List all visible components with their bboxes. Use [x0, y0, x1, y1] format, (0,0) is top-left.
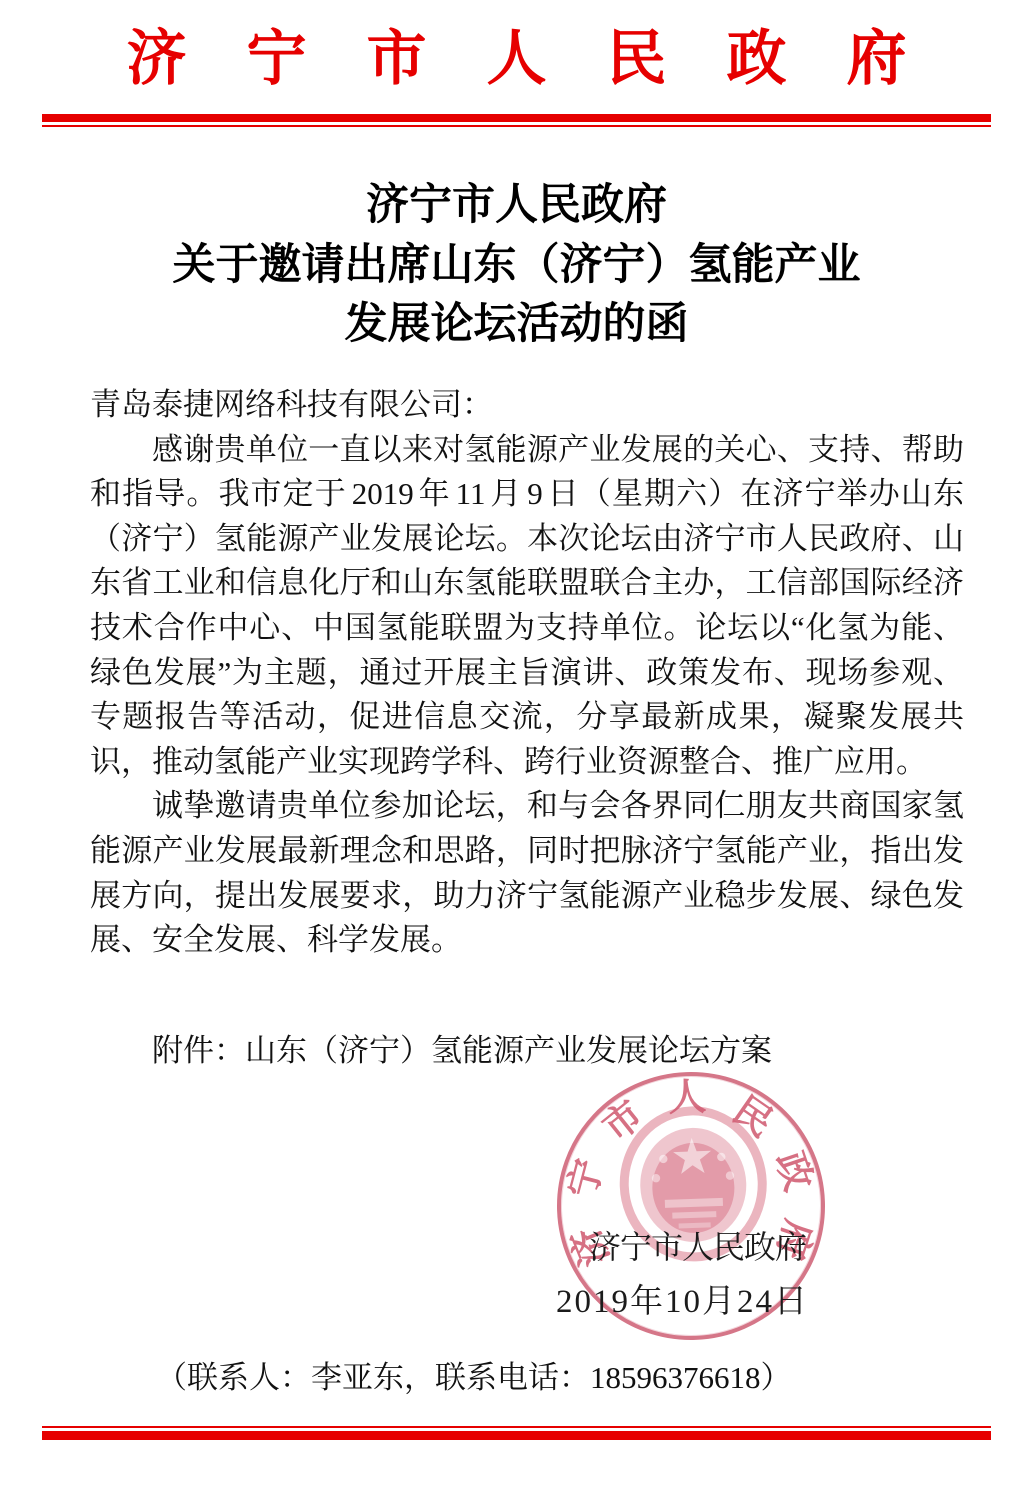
footer-rule-thin	[42, 1426, 991, 1428]
masthead-rule-thin	[42, 125, 991, 127]
masthead-title: 济宁市人民政府	[0, 26, 1033, 93]
seal-signer-text: 济宁市人民政府	[589, 1228, 806, 1266]
attachment-line: 附件：山东（济宁）氢能源产业发展论坛方案	[90, 1029, 964, 1074]
masthead-rule-thick	[42, 114, 991, 122]
paragraph-1: 感谢贵单位一直以来对氢能源产业发展的关心、支持、帮助和指导。我市定于 2019 …	[90, 428, 964, 785]
recipient-line: 青岛泰捷网络科技有限公司：	[90, 383, 964, 428]
title-line-1: 济宁市人民政府	[0, 176, 1033, 236]
letter-title: 济宁市人民政府 关于邀请出席山东（济宁）氢能产业 发展论坛活动的函	[0, 176, 1033, 355]
contact-line: （联系人：李亚东，联系电话：18596376618）	[156, 1358, 792, 1398]
title-line-2: 关于邀请出席山东（济宁）氢能产业	[0, 236, 1033, 296]
letter-body: 青岛泰捷网络科技有限公司： 感谢贵单位一直以来对氢能源产业发展的关心、支持、帮助…	[90, 383, 964, 1073]
document-page: 济宁市人民政府 济宁市人民政府 关于邀请出席山东（济宁）氢能产业 发展论坛活动的…	[0, 0, 1033, 1486]
footer-rule-thick	[42, 1431, 991, 1440]
seal-date-text: 2019年10月24日	[556, 1283, 809, 1323]
paragraph-2: 诚挚邀请贵单位参加论坛，和与会各界同仁朋友共商国家氢能源产业发展最新理念和思路，…	[90, 784, 964, 962]
title-line-3: 发展论坛活动的函	[0, 295, 1033, 355]
